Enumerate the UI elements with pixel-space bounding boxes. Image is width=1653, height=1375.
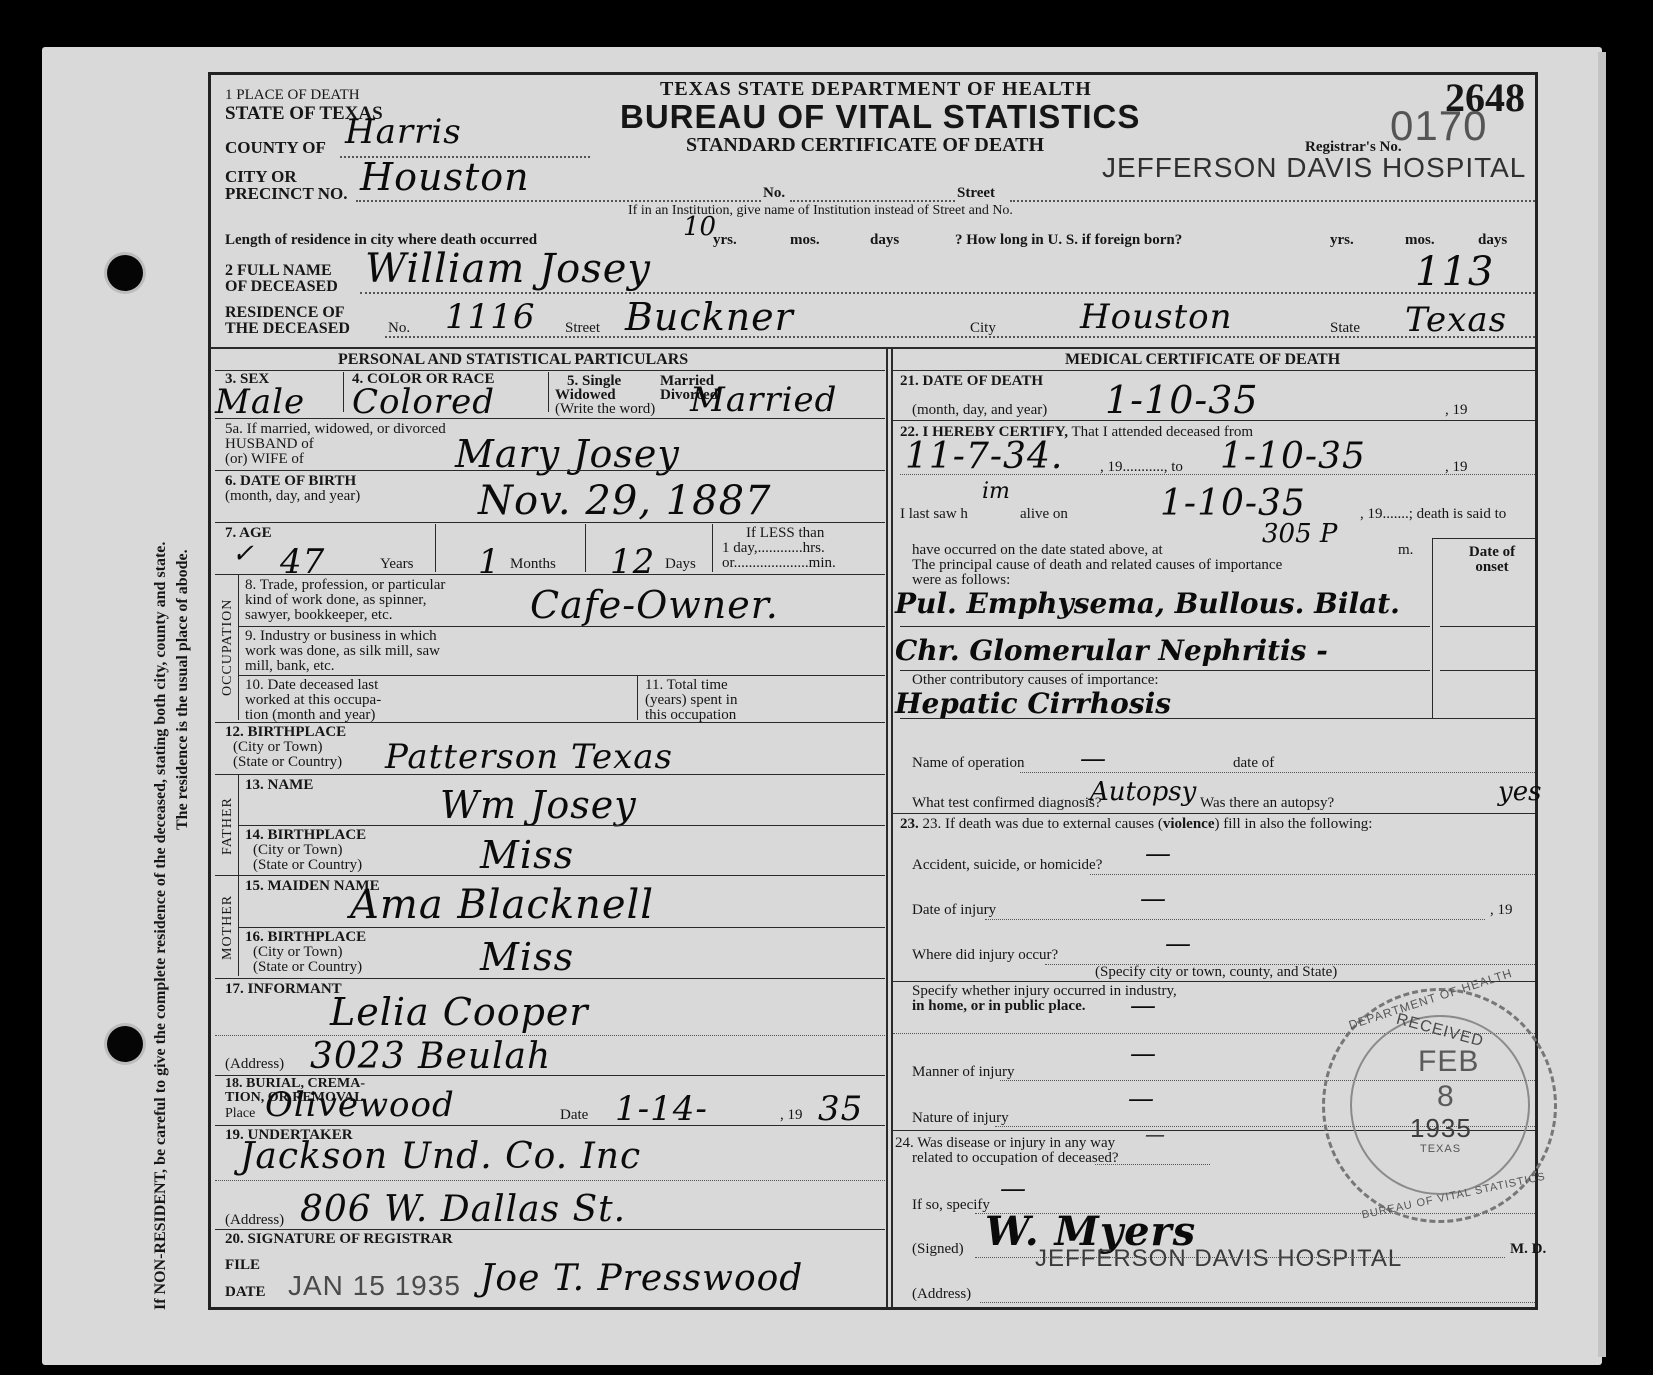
mos-label: mos.: [790, 233, 820, 248]
attended-from-date: 11-7-34.: [905, 440, 1063, 474]
cell-divider: [637, 676, 638, 720]
certificate-title: STANDARD CERTIFICATE OF DEATH: [686, 134, 1044, 157]
date-label: DATE: [225, 1285, 266, 1300]
attended-line: [900, 474, 1535, 475]
injury-date-value: —: [1140, 885, 1166, 913]
less-than-label-1: If LESS than: [722, 526, 836, 541]
cell-divider: [585, 524, 586, 572]
city-label-2: PRECINCT NO.: [225, 185, 347, 202]
street-label: Street: [957, 186, 995, 201]
trade-label-3: sawyer, bookkeeper, etc.: [245, 608, 445, 623]
industry-label-1: 9. Industry or business in which: [245, 629, 440, 644]
seal-month: FEB: [1418, 1045, 1479, 1079]
yrs2-label: yrs.: [1330, 233, 1354, 248]
registrar-number: 0170: [1390, 102, 1487, 150]
section-divider-top: [210, 347, 1535, 349]
registrar-signature-label: 20. SIGNATURE OF REGISTRAR: [225, 1232, 453, 1247]
nature-value: —: [1128, 1085, 1154, 1113]
row-line: [215, 978, 885, 979]
registrar-signature: Joe T. Presswood: [480, 1262, 803, 1296]
residence-street: Buckner: [625, 300, 794, 334]
section-divider-vertical: [886, 349, 888, 1307]
bureau-title: BUREAU OF VITAL STATISTICS: [620, 98, 1140, 136]
row-line: [215, 1125, 885, 1126]
manner-value: —: [1130, 1040, 1156, 1068]
less-than-label-2: 1 day,............hrs.: [722, 541, 836, 556]
specify-value: —: [1000, 1175, 1026, 1203]
row-line: [215, 722, 885, 723]
row-line: [893, 370, 1535, 371]
contributory-label: Other contributory causes of importance:: [912, 673, 1159, 688]
test-value: Autopsy: [1090, 778, 1196, 806]
onset-line-2: [1440, 670, 1535, 671]
birthplace-label-3: (State or Country): [225, 755, 346, 770]
last-saw-pronoun: im: [982, 478, 1010, 506]
cause-line-2: [900, 670, 1430, 671]
injury-date-19: , 19: [1490, 903, 1513, 918]
row-line: [215, 1229, 885, 1230]
spouse-name: Mary Josey: [455, 437, 680, 471]
accident-value: —: [1145, 840, 1171, 868]
undertaker-line: [215, 1180, 885, 1181]
spouse-label-3: (or) WIFE of: [225, 452, 446, 467]
file-date-stamp: JAN 15 1935: [288, 1270, 461, 1302]
file-label: FILE: [225, 1258, 260, 1273]
race-value: Colored: [352, 385, 495, 419]
residence-number: 1116: [445, 300, 536, 334]
row-line: [238, 675, 885, 676]
total-time-label-3: this occupation: [645, 708, 737, 723]
death-said-label: , 19.......; death is said to: [1360, 507, 1506, 522]
residence-city: Houston: [1080, 300, 1233, 334]
birthplace-label-1: 12. BIRTHPLACE: [225, 725, 346, 740]
onset-column-top: [1432, 538, 1535, 539]
row-line: [215, 774, 885, 775]
age-days-label: Days: [665, 557, 696, 572]
seal-state: TEXAS: [1420, 1143, 1461, 1155]
burial-date: 1-14-: [615, 1092, 708, 1126]
last-worked-label-2: worked at this occupa-: [245, 693, 381, 708]
no-label: No.: [763, 186, 785, 201]
row-line: [893, 813, 1535, 814]
seal-day: 8: [1437, 1080, 1455, 1114]
manner-label: Manner of injury: [912, 1065, 1014, 1080]
mother-maiden-name: Ama Blacknell: [350, 888, 654, 922]
dob-label-2: (month, day, and year): [225, 489, 360, 504]
side-instruction-line1: If NON-RESIDENT, be careful to give the …: [150, 70, 172, 1310]
signed-line: [975, 1257, 1505, 1258]
residence-line: [385, 336, 1535, 338]
physician-address-line: [980, 1302, 1535, 1303]
less-than-label-3: or....................min.: [722, 556, 836, 571]
undertaker-address: 806 W. Dallas St.: [300, 1193, 626, 1227]
occupation-related-line: [1095, 1164, 1210, 1165]
paper-edge: [1598, 52, 1606, 1357]
burial-place-label: Place: [225, 1106, 255, 1121]
punch-hole-bottom: [107, 1026, 143, 1062]
onset-label: Date of onset: [1452, 545, 1532, 575]
external-label-1: 23. If death was due to external causes …: [923, 816, 1163, 832]
street-line: [1010, 200, 1535, 202]
death-date-label: 21. DATE OF DEATH: [900, 374, 1043, 389]
residence-label-1: RESIDENCE OF: [225, 305, 350, 321]
trade-value: Cafe-Owner.: [530, 588, 779, 622]
death-date-sublabel: (month, day, and year): [912, 403, 1047, 418]
city-label-1: CITY OR: [225, 168, 347, 185]
burial-year: 35: [818, 1092, 863, 1126]
marital-instruction: (Write the word): [555, 402, 655, 417]
side-instruction: If NON-RESIDENT, be careful to give the …: [150, 70, 194, 1310]
cell-divider: [548, 372, 549, 412]
full-name-label-2: OF DECEASED: [225, 279, 338, 295]
father-birthplace: Miss: [480, 838, 574, 872]
external-label-bold: violence: [1163, 816, 1215, 832]
mother-birthplace: Miss: [480, 940, 574, 974]
death-time: 305 P: [1262, 520, 1337, 548]
contributory-cause: Hepatic Cirrhosis: [895, 690, 1171, 718]
informant-address: 3023 Beulah: [310, 1040, 551, 1074]
residence-state: Texas: [1405, 303, 1507, 337]
death-date-19: , 19: [1445, 403, 1468, 418]
cause-of-death-1: Pul. Emphysema, Bullous. Bilat.: [895, 590, 1400, 618]
total-time-label-2: (years) spent in: [645, 693, 737, 708]
medical-section-title: MEDICAL CERTIFICATE OF DEATH: [1065, 352, 1340, 367]
onset-line-1: [1440, 626, 1535, 627]
row-line: [215, 574, 885, 575]
operation-value: —: [1080, 745, 1106, 773]
undertaker-address-label: (Address): [225, 1213, 284, 1228]
city-value: Houston: [360, 160, 530, 194]
injury-where-note: (Specify city or town, county, and State…: [1095, 965, 1337, 980]
row-line: [238, 927, 885, 928]
yrs-label: yrs.: [713, 233, 737, 248]
county-value: Harris: [345, 115, 462, 149]
informant-name: Lelia Cooper: [330, 995, 589, 1029]
trade-label-1: 8. Trade, profession, or particular: [245, 578, 445, 593]
side-instruction-line2: The residence is the usual place of abod…: [172, 70, 194, 1310]
burial-year-prefix: , 19: [780, 1108, 803, 1123]
occupation-related-value: —: [1145, 1120, 1165, 1148]
spouse-label-2: HUSBAND of: [225, 437, 446, 452]
residence-no-label: No.: [388, 321, 410, 336]
informant-label: 17. INFORMANT: [225, 982, 342, 997]
mother-side-label: MOTHER: [220, 877, 236, 977]
place-of-death-label: 1 PLACE OF DEATH: [225, 88, 360, 103]
no-line: [790, 200, 955, 202]
residence-label-2: THE DECEASED: [225, 321, 350, 337]
contributory-line: [900, 718, 1535, 719]
autopsy-value: yes: [1498, 778, 1541, 806]
father-name-label: 13. NAME: [245, 778, 313, 793]
county-label: COUNTY OF: [225, 138, 326, 158]
injury-type-value: —: [1130, 992, 1156, 1020]
operation-date-label: date of: [1233, 756, 1274, 771]
row-line: [238, 825, 885, 826]
birthplace-label-2: (City or Town): [225, 740, 346, 755]
nature-label: Nature of injury: [912, 1111, 1009, 1126]
residence-city-label: City: [970, 321, 996, 336]
residence-state-label: State: [1330, 321, 1360, 336]
spouse-label-1: 5a. If married, widowed, or divorced: [225, 422, 446, 437]
alive-on-label: alive on: [1020, 507, 1068, 522]
full-name-line: [360, 292, 1535, 294]
days2-label: days: [1478, 233, 1507, 248]
undertaker-name: Jackson Und. Co. Inc: [240, 1140, 641, 1174]
father-birthplace-label-3: (State or Country): [245, 858, 366, 873]
cell-divider: [712, 524, 713, 572]
row-line: [238, 626, 885, 627]
last-saw-label: I last saw h: [900, 507, 968, 522]
cell-divider: [435, 524, 436, 572]
age-months-label: Months: [510, 557, 556, 572]
cause-label-1: The principal cause of death and related…: [912, 557, 1282, 573]
margin-note: 113: [1415, 255, 1494, 289]
row-line: [215, 470, 885, 471]
mother-birthplace-label-2: (City or Town): [245, 945, 366, 960]
residence-street-label: Street: [565, 321, 600, 336]
last-worked-label-1: 10. Date deceased last: [245, 678, 381, 693]
father-birthplace-label-1: 14. BIRTHPLACE: [245, 828, 366, 843]
operation-label: Name of operation: [912, 756, 1024, 771]
test-label: What test confirmed diagnosis?: [912, 796, 1102, 811]
accident-line: [1090, 874, 1535, 875]
row-line: [893, 420, 1535, 421]
personal-section-title: PERSONAL AND STATISTICAL PARTICULARS: [338, 352, 688, 367]
cell-divider: [343, 372, 344, 412]
attended-to-date: 1-10-35: [1220, 440, 1366, 474]
md-label: M. D.: [1510, 1242, 1546, 1257]
age-years-label: Years: [380, 557, 413, 572]
father-name: Wm Josey: [440, 788, 637, 822]
occupation-related-label-1: 24. Was disease or injury in any way: [895, 1136, 1119, 1151]
last-worked-label-3: tion (month and year): [245, 708, 381, 723]
injury-where-label: Where did injury occur?: [912, 948, 1058, 963]
physician-address-label: (Address): [912, 1287, 971, 1302]
operation-line: [1020, 772, 1535, 773]
deceased-full-name: William Josey: [365, 252, 651, 286]
last-saw-date: 1-10-35: [1160, 487, 1306, 521]
punch-hole-top: [107, 255, 143, 291]
death-date: 1-10-35: [1105, 383, 1259, 417]
full-name-label-1: 2 FULL NAME: [225, 263, 338, 279]
industry-label-2: work was done, as silk mill, saw: [245, 644, 440, 659]
external-label-2: ) fill in also the following:: [1214, 816, 1372, 832]
burial-place: Olivewood: [265, 1088, 455, 1122]
city-line: [356, 200, 761, 202]
institution-stamp: JEFFERSON DAVIS HOSPITAL: [1102, 152, 1526, 184]
section-divider-vertical-2: [891, 349, 893, 1307]
row-line: [215, 418, 885, 419]
marital-status-value: Married: [690, 383, 837, 417]
dob-label-1: 6. DATE OF BIRTH: [225, 474, 360, 489]
death-time-m: m.: [1398, 543, 1413, 558]
residence-years: 10: [683, 213, 716, 241]
row-line: [215, 370, 885, 371]
onset-column-divider: [1432, 538, 1433, 718]
informant-address-label: (Address): [225, 1057, 284, 1072]
occupation-side-label: OCCUPATION: [220, 580, 236, 715]
trade-label-2: kind of work done, as spinner,: [245, 593, 445, 608]
total-time-label-1: 11. Total time: [645, 678, 737, 693]
foreign-born-label: ? How long in U. S. if foreign born?: [955, 233, 1182, 248]
cause-line-1: [900, 626, 1430, 627]
occupation-related-label-2: related to occupation of deceased?: [895, 1151, 1119, 1166]
cell-divider: [238, 575, 239, 720]
row-line: [893, 981, 1535, 982]
signed-label: (Signed): [912, 1242, 964, 1257]
row-line: [215, 875, 885, 876]
burial-date-label: Date: [560, 1108, 588, 1123]
physician-signature: W. Myers: [985, 1215, 1196, 1249]
attended-to-label: , 19..........., to: [1100, 460, 1183, 475]
birthplace-value: Patterson Texas: [385, 740, 673, 774]
cell-divider: [238, 876, 239, 976]
injury-where-value: —: [1165, 930, 1191, 958]
row-line: [215, 522, 885, 523]
days-label: days: [870, 233, 899, 248]
date-of-birth: Nov. 29, 1887: [478, 484, 772, 518]
specify-label: If so, specify: [912, 1198, 990, 1213]
father-side-label: FATHER: [220, 776, 236, 876]
sex-value: Male: [215, 385, 305, 419]
father-birthplace-label-2: (City or Town): [245, 843, 366, 858]
injury-date-label: Date of injury: [912, 903, 996, 918]
mother-birthplace-label-1: 16. BIRTHPLACE: [245, 930, 366, 945]
mother-birthplace-label-3: (State or Country): [245, 960, 366, 975]
cause-of-death-2: Chr. Glomerular Nephritis -: [895, 637, 1328, 665]
seal-year: 1935: [1410, 1113, 1472, 1144]
injury-date-line: [985, 919, 1485, 920]
hospital-stamp-bottom: JEFFERSON DAVIS HOSPITAL: [1035, 1245, 1402, 1273]
industry-label-3: mill, bank, etc.: [245, 659, 440, 674]
attended-to-19: , 19: [1445, 460, 1468, 475]
death-time-label: have occurred on the date stated above, …: [912, 543, 1163, 558]
age-checkmark: ✓: [232, 540, 254, 568]
cause-label-2: were as follows:: [912, 573, 1010, 588]
accident-label: Accident, suicide, or homicide?: [912, 858, 1102, 873]
mos2-label: mos.: [1405, 233, 1435, 248]
autopsy-label: Was there an autopsy?: [1200, 796, 1334, 811]
